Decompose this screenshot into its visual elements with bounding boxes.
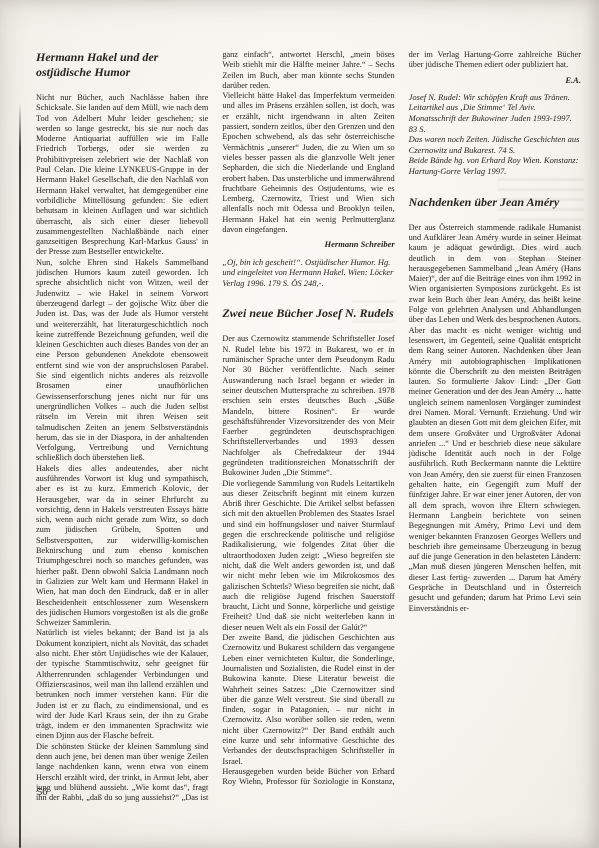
book-citation: „Oj, bin ich gescheit!“. Ostjüdischer Hu… [222,257,394,289]
paragraph: Der aus Österreich stammende radikale Hu… [409,223,581,614]
article-title-amery: Nachdenken über Jean Améry [409,195,581,210]
article-columns: Hermann Hakel und der ostjüdische Humor … [36,50,581,806]
scanned-document-page: Hermann Hakel und der ostjüdische Humor … [0,0,599,848]
paragraph: Vielleicht hätte Hakel das Imperfektum v… [222,91,394,235]
article-title-hakel: Hermann Hakel und der ostjüdische Humor [36,50,208,80]
scan-artifact-line [19,103,21,848]
paragraph: Nun, solche Ehren sind Hakels Sammelband… [36,258,208,464]
paragraph: Hakels dies alles andeutendes, aber nich… [36,464,208,629]
paragraph: Natürlich ist vieles bekannt; der Band i… [36,628,208,741]
book-citation: Josef N. Rudel: Wir schöpfen Kraft aus T… [409,92,581,134]
paragraph: Nicht nur Bücher, auch Nachlässe haben i… [36,93,208,258]
page-number: 56 [37,787,48,798]
author-signature: Hermann Schreiber [222,239,394,249]
book-citation: Das waren noch Zeiten. Jüdische Geschich… [409,134,581,155]
paragraph: Der zweite Band, die jüdischen Geschicht… [222,633,394,767]
paragraph: Der aus Czernowitz stammende Schriftstel… [222,334,394,478]
article-title-rudel: Zwei neue Bücher Josef N. Rudels [222,306,394,321]
book-citation: Beide Bände hg. von Erhard Roy Wien. Kon… [409,155,581,176]
author-signature: E.A. [409,75,581,85]
paragraph: Die vorliegende Sammlung von Rudels Leit… [222,479,394,633]
